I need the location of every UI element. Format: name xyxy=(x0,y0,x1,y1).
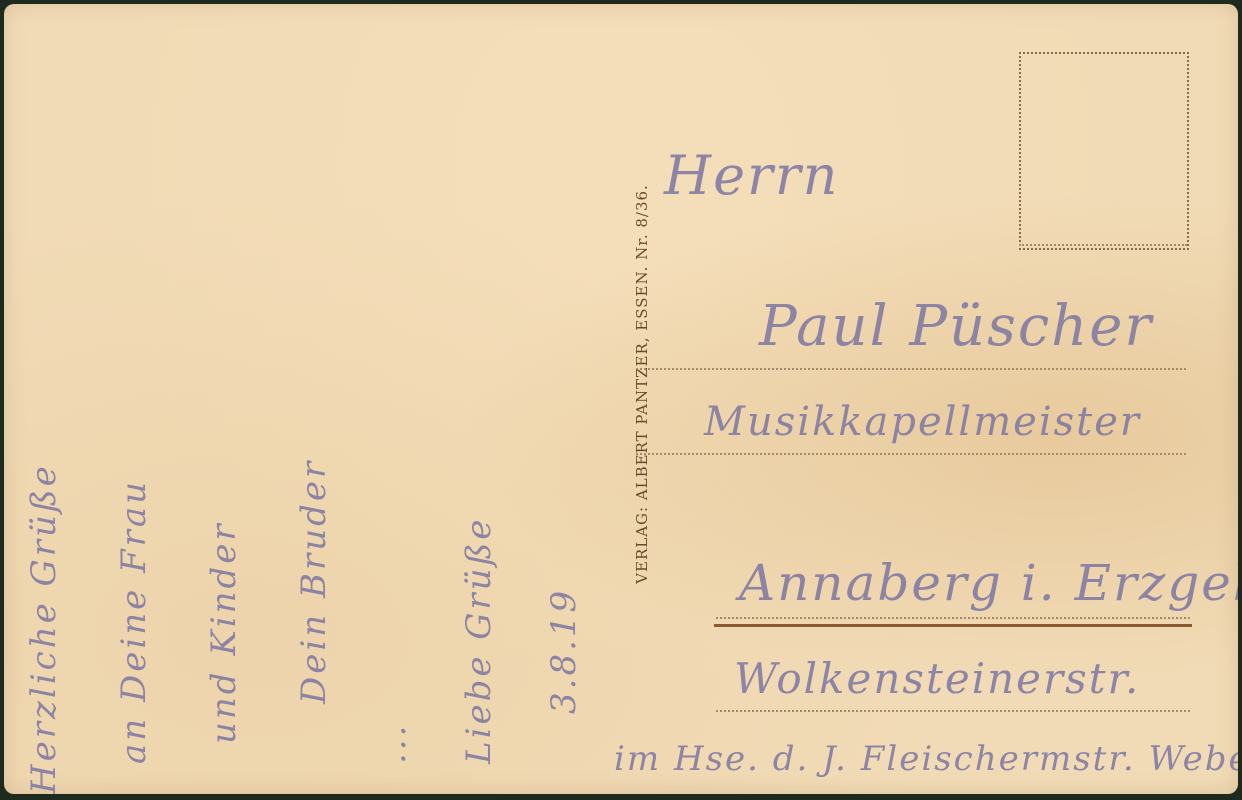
city-underline xyxy=(714,624,1192,627)
address-name: Paul Püscher xyxy=(759,294,1153,359)
address-line-4 xyxy=(716,617,1190,619)
address-line-1 xyxy=(1019,244,1187,246)
address-occupation: Musikkapellmeister xyxy=(704,399,1141,445)
address-line-5 xyxy=(716,710,1190,712)
message-line-3: und Kinder xyxy=(204,521,244,744)
message-date: 3.8.19 xyxy=(544,588,584,714)
address-salutation: Herrn xyxy=(664,144,839,207)
message-line-6: Liebe Grüße xyxy=(459,517,499,764)
address-city: Annaberg i. Erzgeb. xyxy=(739,554,1238,612)
message-line-2: an Deine Frau xyxy=(114,479,154,764)
message-line-5: ... xyxy=(374,723,414,764)
stamp-box xyxy=(1019,52,1189,250)
address-line-3 xyxy=(636,453,1186,455)
publisher-imprint: VERLAG: ALBERT PANTZER, ESSEN. Nr. 8/36. xyxy=(633,184,651,584)
message-line-4: Dein Bruder xyxy=(294,459,334,704)
address-street: Wolkensteinerstr. xyxy=(734,654,1140,703)
postcard-back: VERLAG: ALBERT PANTZER, ESSEN. Nr. 8/36.… xyxy=(4,4,1238,794)
address-house: im Hse. d. J. Fleischermstr. Weber xyxy=(614,739,1238,779)
address-line-2 xyxy=(636,368,1186,370)
message-line-1: Herzliche Grüße xyxy=(24,463,64,794)
